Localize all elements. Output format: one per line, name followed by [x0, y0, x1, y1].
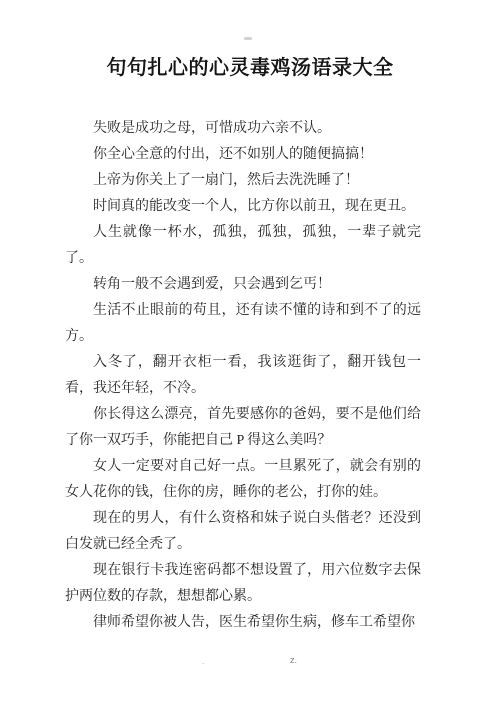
- document-body: 失败是成功之母，可惜成功六亲不认。 你全心全意的付出，还不如别人的随便搞搞！ 上…: [65, 116, 421, 636]
- paragraph-3: 上帝为你关上了一扇门，然后去洗洗睡了！: [65, 168, 421, 194]
- paragraph-10: 女人一定要对自己好一点。一旦累死了，就会有别的女人花你的钱，住你的房，睡你的老公…: [65, 454, 421, 506]
- paragraph-4: 时间真的能改变一个人，比方你以前丑，现在更丑。: [65, 194, 421, 220]
- paragraph-1: 失败是成功之母，可惜成功六亲不认。: [65, 116, 421, 142]
- paragraph-7: 生活不止眼前的苟且，还有读不懂的诗和到不了的远方。: [65, 298, 421, 350]
- scan-artifact-bottom-left: .: [202, 657, 205, 666]
- paragraph-6: 转角一般不会遇到爱，只会遇到乞丐！: [65, 272, 421, 298]
- paragraph-5: 人生就像一杯水，孤独，孤独，孤独，一辈子就完了。: [65, 220, 421, 272]
- scan-artifact-top: [244, 37, 252, 40]
- page-title: 句句扎心的心灵毒鸡汤语录大全: [0, 54, 500, 82]
- document-page: 句句扎心的心灵毒鸡汤语录大全 失败是成功之母，可惜成功六亲不认。 你全心全意的付…: [0, 0, 500, 707]
- paragraph-9: 你长得这么漂亮，首先要感你的爸妈，要不是他们给了你一双巧手，你能把自己 P 得这…: [65, 402, 421, 454]
- paragraph-11: 现在的男人，有什么资格和妹子说白头偕老？还没到白发就已经全秃了。: [65, 506, 421, 558]
- paragraph-8: 入冬了，翻开衣柜一看，我该逛街了，翻开钱包一看，我还年轻，不冷。: [65, 350, 421, 402]
- paragraph-12: 现在银行卡我连密码都不想设置了，用六位数字去保护两位数的存款，想想都心累。: [65, 558, 421, 610]
- scan-artifact-bottom-right: z.: [290, 656, 297, 665]
- paragraph-2: 你全心全意的付出，还不如别人的随便搞搞！: [65, 142, 421, 168]
- paragraph-13: 律师希望你被人告，医生希望你生病，修车工希望你: [65, 610, 421, 636]
